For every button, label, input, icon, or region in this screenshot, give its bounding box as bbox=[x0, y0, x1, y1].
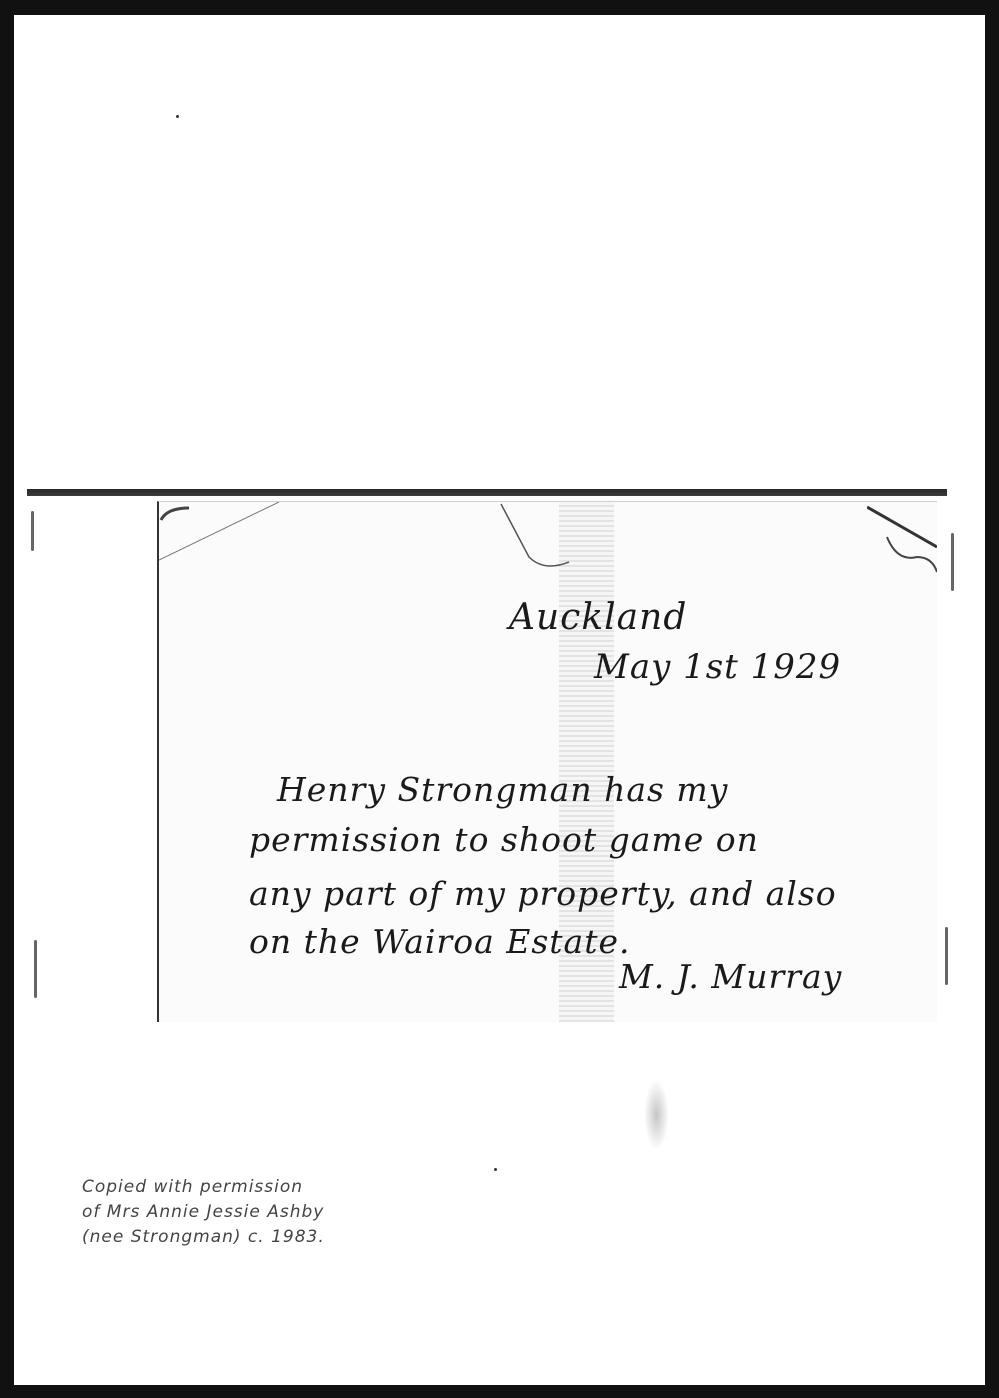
scanned-page: Auckland May 1st 1929 Henry Strongman ha… bbox=[14, 15, 985, 1385]
letter-body-line-2: permission to shoot game on bbox=[249, 820, 759, 859]
letter-body-line-3: any part of my property, and also bbox=[249, 874, 837, 913]
letter-body-line-1: Henry Strongman has my bbox=[277, 770, 728, 809]
letter-body-line-4: on the Wairoa Estate. bbox=[249, 922, 630, 961]
note-line-3: (nee Strongman) c. 1983. bbox=[82, 1225, 325, 1250]
staple-mark-bottom-left bbox=[34, 940, 37, 998]
letter-sheet: Auckland May 1st 1929 Henry Strongman ha… bbox=[157, 501, 937, 1022]
letter-place: Auckland bbox=[509, 597, 687, 638]
staple-mark-top-left bbox=[31, 511, 34, 551]
letter-signature: M. J. Murray bbox=[619, 957, 842, 996]
copy-smudge bbox=[644, 1080, 669, 1150]
note-line-2: of Mrs Annie Jessie Ashby bbox=[82, 1200, 325, 1225]
note-line-1: Copied with permission bbox=[82, 1175, 325, 1200]
speck bbox=[494, 1168, 497, 1171]
staple-mark-top-right bbox=[951, 533, 954, 591]
staple-mark-bottom-right bbox=[945, 927, 948, 985]
folded-corner-left bbox=[159, 502, 389, 562]
copy-edge-bar bbox=[27, 489, 947, 496]
folded-corner-right bbox=[867, 502, 937, 592]
copy-permission-note: Copied with permission of Mrs Annie Jess… bbox=[82, 1175, 325, 1250]
speck bbox=[176, 115, 179, 118]
letter-date: May 1st 1929 bbox=[594, 647, 841, 687]
